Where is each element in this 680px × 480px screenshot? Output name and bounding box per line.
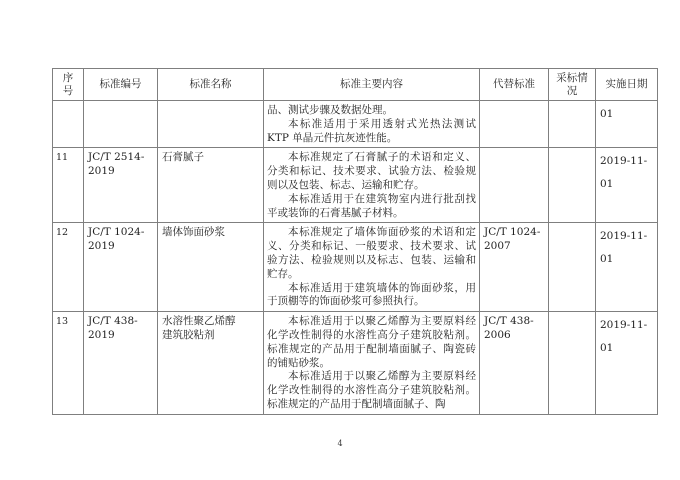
table-row-1: 11JC/T 2514-2019石膏腻子本标准规定了石膏腻子的术语和定义、分类和…	[53, 148, 658, 223]
content-paragraph: 本标准适用于建筑墙体的饰面砂浆，用于顶棚等的饰面砂浆可参照执行。	[267, 282, 476, 310]
content-paragraph: 本标准规定了石膏腻子的术语和定义、分类和标记、技术要求、试验方法、检验规则以及包…	[267, 151, 476, 192]
content-paragraph: 本标准适用于以聚乙烯醇为主要原料经化学改性制得的水溶性高分子建筑胶粘剂。标准规定…	[267, 370, 476, 411]
column-header-date: 实施日期	[596, 69, 658, 101]
page-number: 4	[0, 439, 680, 448]
cell-date: 2019-11-01	[596, 148, 658, 223]
table-body: 品、测试步骤及数据处理。本标准适用于采用透射式光热法测试KTP 单晶元件抗灰迹性…	[53, 101, 658, 415]
cell-replaces	[480, 148, 549, 223]
table-row-3: 13JC/T 438-2019水溶性聚乙烯醇 建筑胶粘剂本标准适用于以聚乙烯醇为…	[53, 312, 658, 415]
cell-date: 2019-11-01	[596, 223, 658, 312]
cell-name: 墙体饰面砂浆	[158, 223, 264, 312]
content-paragraph: 品、测试步骤及数据处理。	[267, 104, 476, 118]
cell-adoption	[549, 101, 596, 148]
cell-adoption	[549, 312, 596, 415]
cell-code: JC/T 438-2019	[84, 312, 158, 415]
cell-code: JC/T 1024-2019	[84, 223, 158, 312]
cell-adoption	[549, 148, 596, 223]
content-paragraph: 本标准适用于在建筑物室内进行批刮找平或装饰的石膏基腻子材料。	[267, 193, 476, 221]
column-header-replaces: 代替标准	[480, 69, 549, 101]
column-header-adoption: 采标情 况	[549, 69, 596, 101]
table-row-2: 12JC/T 1024-2019墙体饰面砂浆本标准规定了墙体饰面砂浆的术语和定义…	[53, 223, 658, 312]
cell-content: 本标准规定了墙体饰面砂浆的术语和定义、分类和标记、一般要求、技术要求、试验方法、…	[264, 223, 480, 312]
cell-adoption	[549, 223, 596, 312]
cell-code: JC/T 2514-2019	[84, 148, 158, 223]
column-header-code: 标准编号	[84, 69, 158, 101]
column-header-name: 标准名称	[158, 69, 264, 101]
cell-code	[84, 101, 158, 148]
table-header: 序 号标准编号标准名称标准主要内容代替标准采标情 况实施日期	[53, 69, 658, 101]
cell-date: 2019-11-01	[596, 312, 658, 415]
content-paragraph: 本标准适用于以聚乙烯醇为主要原料经化学改性制得的水溶性高分子建筑胶粘剂。标准规定…	[267, 315, 476, 370]
cell-name	[158, 101, 264, 148]
cell-name: 石膏腻子	[158, 148, 264, 223]
cell-name: 水溶性聚乙烯醇 建筑胶粘剂	[158, 312, 264, 415]
table-row-0: 品、测试步骤及数据处理。本标准适用于采用透射式光热法测试KTP 单晶元件抗灰迹性…	[53, 101, 658, 148]
header-row: 序 号标准编号标准名称标准主要内容代替标准采标情 况实施日期	[53, 69, 658, 101]
cell-content: 品、测试步骤及数据处理。本标准适用于采用透射式光热法测试KTP 单晶元件抗灰迹性…	[264, 101, 480, 148]
cell-replaces	[480, 101, 549, 148]
column-header-seq: 序 号	[53, 69, 84, 101]
cell-seq: 11	[53, 148, 84, 223]
cell-date: 01	[596, 101, 658, 148]
content-paragraph: 本标准规定了墙体饰面砂浆的术语和定义、分类和标记、一般要求、技术要求、试验方法、…	[267, 226, 476, 281]
cell-seq	[53, 101, 84, 148]
cell-content: 本标准适用于以聚乙烯醇为主要原料经化学改性制得的水溶性高分子建筑胶粘剂。标准规定…	[264, 312, 480, 415]
cell-seq: 13	[53, 312, 84, 415]
standards-table: 序 号标准编号标准名称标准主要内容代替标准采标情 况实施日期 品、测试步骤及数据…	[52, 68, 658, 415]
content-paragraph: 本标准适用于采用透射式光热法测试KTP 单晶元件抗灰迹性能。	[267, 118, 476, 146]
cell-replaces: JC/T 438-2006	[480, 312, 549, 415]
document-page: 序 号标准编号标准名称标准主要内容代替标准采标情 况实施日期 品、测试步骤及数据…	[0, 0, 680, 480]
cell-content: 本标准规定了石膏腻子的术语和定义、分类和标记、技术要求、试验方法、检验规则以及包…	[264, 148, 480, 223]
cell-seq: 12	[53, 223, 84, 312]
cell-replaces: JC/T 1024-2007	[480, 223, 549, 312]
column-header-content: 标准主要内容	[264, 69, 480, 101]
